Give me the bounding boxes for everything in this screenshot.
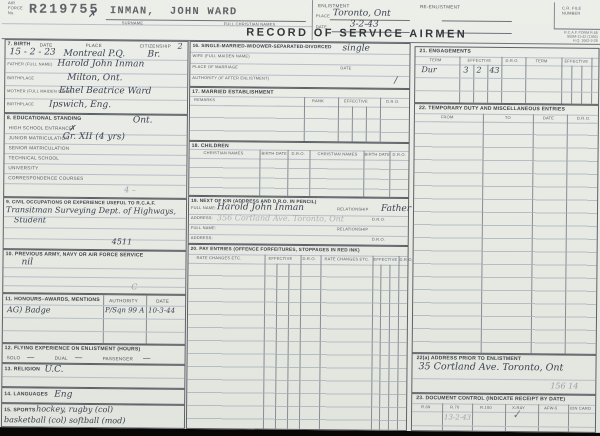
honours-date-label: DATE	[156, 299, 169, 305]
section-12-flying-experience: 12. FLYING EXPERIENCE ON ENLISTMENT (HOU…	[2, 343, 186, 365]
education-pencil-note: 4 –	[124, 185, 136, 194]
form-ref-line3: H.Q. 1062-2-28	[540, 38, 598, 43]
marriage-date-label: DATE	[340, 66, 351, 71]
section-23-title: 23. DOCUMENT CONTROL (INDICATE RECEIPT B…	[416, 395, 565, 402]
remarks-col-label: REMARKS	[194, 98, 215, 103]
section-14-languages: 14. LANGUAGES Eng	[1, 387, 185, 405]
section-23-document-control: 23. DOCUMENT CONTROL (INDICATE RECEIPT B…	[411, 393, 596, 433]
rule	[4, 238, 186, 241]
kin-relationship-value: Father	[381, 204, 411, 214]
paper-sheet: AIR FORCE No. R219755 ✗ INMAN, JOHN WARD…	[0, 0, 600, 433]
section-7-birth: 7. BIRTH DATE PLACE CITIZENSHIP 2 15 - 2…	[4, 39, 189, 115]
section-22a-address-prior: 22(a) ADDRESS PRIOR TO ENLISTMENT 35 Cor…	[411, 353, 596, 395]
honours-authority: P/Sqn 99 A	[105, 306, 144, 315]
birth-place-label: PLACE	[86, 43, 102, 49]
rule	[3, 317, 185, 320]
section-8-education: 8. EDUCATIONAL STANDING Ont. HIGH SCHOOL…	[3, 113, 188, 199]
section-15-title: 15. SPORTS	[4, 407, 36, 413]
section-22-temporary-duty: 22. TEMPORARY DUTY AND MISCELLANEOUS ENT…	[412, 103, 599, 355]
previous-service-value: nil	[21, 257, 33, 267]
father-birthplace-value: Milton, Ont.	[67, 73, 122, 84]
section-18-children: 18. CHILDREN CHRISTIAN NAMES BIRTH DATE …	[188, 141, 410, 198]
re-enlistment-label: RE-ENLISTMENT	[420, 4, 460, 10]
doc-col-r70: R.70	[450, 405, 459, 410]
rule	[4, 183, 186, 186]
rule	[3, 267, 185, 270]
christian-names-stamp: JOHN WARD	[170, 6, 238, 19]
section-15-sports: 15. SPORTS hockey, rugby (col) basketbal…	[1, 403, 185, 429]
doc-col-r69: R.69	[421, 405, 430, 410]
citizenship-mark: 2	[178, 42, 183, 51]
rate-changes2-col-label: RATE CHANGES ETC.	[325, 257, 370, 262]
cr-file-number-label: C.R. FILE NUMBER	[562, 6, 592, 16]
doc-xray-mark: ✓	[511, 409, 522, 421]
term2-col-label: TERM	[535, 59, 547, 64]
solo-label: SOLO	[7, 355, 21, 361]
children-names-col-label: CHRISTIAN NAMES	[204, 151, 244, 156]
section-13-title: 13. RELIGION	[4, 366, 40, 372]
dual-value: —	[75, 353, 83, 362]
children-birthdate2-col-label: BIRTH DATE	[365, 153, 390, 158]
ruled-rows	[190, 105, 409, 142]
section-11-honours: 11. HONOURS–AWARDS, MENTIONS AUTHORITY D…	[2, 293, 186, 345]
kin-address-label: ADDRESS:	[191, 216, 213, 221]
section-11-title: 11. HONOURS–AWARDS, MENTIONS	[5, 296, 100, 303]
kin-dro2-label: D.R.O.	[372, 238, 385, 243]
address-pencil-note: 156 14	[550, 381, 578, 390]
solo-value: —	[27, 352, 35, 361]
kin-name-label: FULL NAME:	[191, 206, 216, 211]
high-school-entrance-label: HIGH SCHOOL ENTRANCE	[9, 125, 73, 131]
engagement-eff-month: 2	[476, 66, 481, 75]
enlistment-place-value: Toronto, Ont	[333, 8, 391, 19]
section-14-title: 14. LANGUAGES	[4, 391, 48, 397]
children-names2-col-label: CHRISTIAN NAMES	[318, 152, 358, 157]
surname-stamp: INMAN,	[110, 5, 155, 17]
kin-name2-label: FULL NAME:	[191, 226, 216, 231]
father-value: Harold John Inman	[57, 59, 144, 70]
kin-relationship2-label: RELATIONSHIP	[337, 227, 368, 232]
marital-slash-mark: /	[394, 76, 397, 86]
section-16-title: 16. SINGLE-MARRIED-WIDOWER-SEPARATED-DIV…	[193, 43, 332, 50]
sports-line1: hockey, rugby (col)	[36, 404, 113, 414]
marriage-place-label: PLACE OF MARRIAGE	[192, 65, 238, 70]
children-birthdate-col-label: BIRTH DATE	[262, 152, 287, 157]
passenger-label: PASSENGER	[103, 356, 134, 362]
rate-changes-col-label: RATE CHANGES ETC.	[197, 256, 242, 261]
section-19-next-of-kin: 19. NEXT OF KIN (ADDRESS AND D.R.O. IN P…	[188, 196, 409, 246]
to-col-label: TO	[505, 116, 511, 121]
ruled-rows	[189, 158, 408, 197]
citizenship-label: CITIZENSHIP	[140, 43, 171, 49]
column-line	[571, 66, 572, 104]
scanned-form-page: AIR FORCE No. R219755 ✗ INMAN, JOHN WARD…	[0, 0, 600, 436]
doc-r70-date: 13-2-43	[444, 413, 471, 422]
column-line	[581, 66, 582, 104]
mother-value: Ethel Beatrice Ward	[59, 86, 151, 97]
column-line	[561, 57, 562, 103]
birth-place-value: Montreal P.Q.	[63, 49, 125, 60]
pay-effective2-col-label: EFFECTIVE	[374, 258, 398, 263]
doc-col-r100: R.100	[480, 406, 492, 411]
column-line	[459, 57, 460, 103]
dro-col-label: D.R.O.	[386, 100, 399, 105]
column-line	[525, 57, 526, 103]
section-10-previous-service: 10. PREVIOUS ARMY, NAVY OR AIR FORCE SER…	[2, 249, 186, 295]
place-label: PLACE	[316, 14, 330, 19]
pay-effective-col-label: EFFECTIVE	[269, 257, 293, 262]
engagement-term-value: Dur	[421, 65, 436, 74]
previous-service-pencil-note: C	[131, 282, 137, 291]
from-col-label: FROM	[441, 115, 454, 120]
section-12-title: 12. FLYING EXPERIENCE ON ENLISTMENT (HOU…	[5, 345, 141, 352]
education-province: Ont.	[133, 115, 153, 125]
mother-birthplace-label: BIRTHPLACE	[7, 102, 34, 107]
passenger-value: —	[143, 353, 151, 362]
eng-effective2-col-label: EFFECTIVE	[564, 60, 588, 65]
engagement-eff-year: 43	[489, 66, 499, 75]
cr-file-box-border	[554, 2, 555, 28]
senior-matric-label: SENIOR MATRICULATION	[9, 145, 70, 151]
term-col-label: TERM	[429, 58, 441, 63]
section-17-married-establishment: 17. MARRIED ESTABLISHMENT REMARKS RANK E…	[189, 87, 411, 143]
handwritten-x-mark: ✗	[88, 10, 96, 20]
rule	[3, 276, 185, 279]
religion-value: U.C.	[44, 365, 63, 375]
rule	[412, 378, 595, 381]
father-birthplace-label: BIRTHPLACE	[7, 76, 34, 81]
engagement-eff-day: 3	[463, 66, 468, 75]
column-line	[501, 57, 502, 103]
children-dro2-col-label: D.R.O.	[393, 153, 406, 158]
pay-dro2-col-label: D.R.O.	[400, 258, 413, 263]
eng-dro-col-label: D.R.O.	[505, 59, 518, 64]
section-13-religion: 13. RELIGION U.C.	[1, 363, 185, 389]
kin-relationship-label: RELATIONSHIP	[337, 207, 368, 212]
section-21-engagements: 21. ENGAGEMENTS TERM EFFECTIVE D.R.O. TE…	[414, 46, 600, 105]
citizenship-value: Br.	[147, 50, 160, 60]
ruled-rows	[413, 121, 598, 354]
father-label: FATHER (FULL NAME)	[7, 62, 52, 67]
effective-col-label: EFFECTIVE	[344, 99, 368, 104]
university-label: UNIVERSITY	[8, 165, 38, 171]
section-22-title: 22. TEMPORARY DUTY AND MISCELLANEOUS ENT…	[419, 105, 565, 112]
doc-col-afw5: AFW-5	[544, 406, 557, 411]
honours-date: 10-3-44	[148, 307, 175, 316]
authority-label: AUTHORITY	[109, 298, 138, 304]
section-9-occupations: 9. CIVIL OCCUPATIONS OR EXPERIENCE USEFU…	[3, 197, 187, 251]
languages-value: Eng	[54, 390, 72, 400]
re-enlistment-place-blank	[442, 20, 512, 22]
doc-col-idcard: IDN CARD	[570, 407, 591, 412]
kin-dro-label: D.R.O.	[372, 218, 385, 223]
junior-matric-value: Gr. XII (4 yrs)	[63, 132, 125, 143]
td-date-col-label: DATE	[543, 116, 554, 121]
rule	[190, 96, 409, 99]
birth-date-value: 15 - 2 - 23	[9, 47, 55, 57]
marriage-authority-label: AUTHORITY (IF AFTER ENLISTMENT)	[192, 76, 269, 82]
dual-label: DUAL	[55, 356, 68, 362]
kin-address2-label: ADDRESS:	[191, 236, 213, 241]
wife-label: WIFE (FULL MAIDEN NAME)	[192, 54, 249, 59]
rule	[2, 376, 184, 379]
kin-name-value: Harold John Inman	[217, 202, 304, 213]
eng-effective-col-label: EFFECTIVE	[467, 59, 491, 64]
td-dro-col-label: D.R.O.	[577, 117, 590, 122]
marital-status-value: single	[343, 43, 370, 53]
column-line	[473, 65, 474, 103]
rule	[4, 227, 186, 230]
section-20-title: 20. PAY ENTRIES (OFFENCE FORFEITURES, ST…	[191, 246, 360, 254]
correspondence-label: CORRESPONDENCE COURSES	[8, 175, 83, 181]
occupation-code: 4511	[112, 237, 132, 246]
pay-dro-col-label: D.R.O.	[303, 257, 316, 262]
junior-matric-label: JUNIOR MATRICULATION	[9, 135, 69, 141]
section-8-title: 8. EDUCATIONAL STANDING	[7, 115, 82, 122]
column-line	[487, 65, 488, 103]
section-16-marital-status: 16. SINGLE-MARRIED-WIDOWER-SEPARATED-DIV…	[189, 41, 410, 89]
air-force-no-label: AIR FORCE No.	[8, 1, 23, 16]
kin-address-value: 356 Cortland Ave. Toronto, Ont	[217, 213, 344, 223]
address-prior-value: 35 Cortland Ave. Toronto, Ont	[418, 362, 563, 373]
rule	[189, 224, 408, 227]
rule	[3, 330, 185, 333]
section-21-title: 21. ENGAGEMENTS	[420, 48, 471, 54]
technical-school-label: TECHNICAL SCHOOL	[8, 155, 59, 161]
children-dro-col-label: D.R.O.	[292, 152, 305, 157]
form-content: AIR FORCE No. R219755 ✗ INMAN, JOHN WARD…	[0, 0, 600, 436]
section-17-title: 17. MARRIED ESTABLISHMENT	[192, 89, 274, 96]
sports-line2: basketball (col) softball (mod)	[4, 415, 125, 425]
occupation-line1: Transitman Surveying Dept. of Highways,	[6, 205, 176, 216]
mother-birthplace-value: Ipswich, Eng.	[49, 100, 111, 111]
form-title: RECORD OF SERVICE AIRMEN	[217, 26, 497, 41]
ruled-rows	[187, 263, 408, 430]
rule	[3, 285, 185, 288]
section-20-pay-entries: 20. PAY ENTRIES (OFFENCE FORFEITURES, ST…	[186, 244, 409, 431]
column-line	[591, 58, 592, 104]
honours-entry: AG) Badge	[7, 305, 51, 314]
rank-col-label: RANK	[312, 99, 324, 104]
